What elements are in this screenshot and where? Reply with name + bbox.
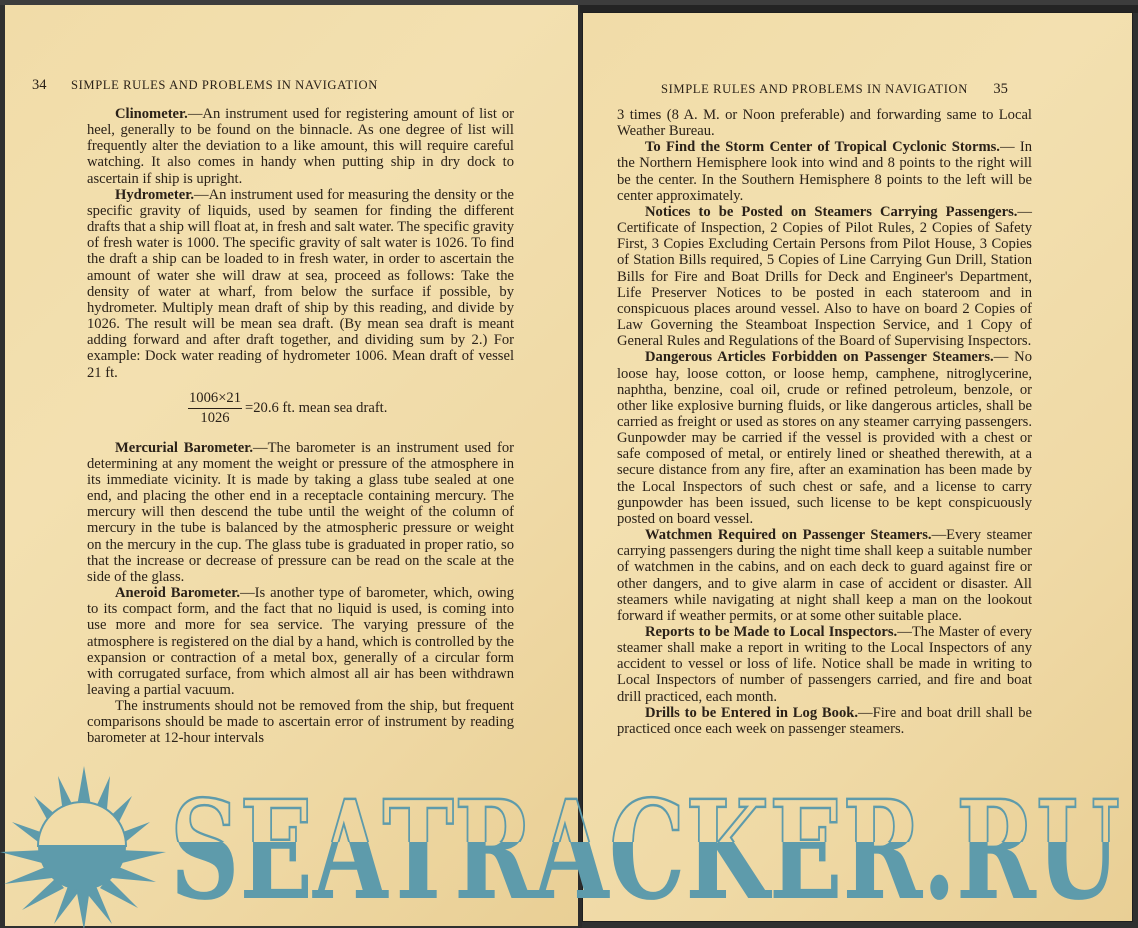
paragraph-hydrometer: Hydrometer.—An instrument used for measu…	[87, 187, 514, 381]
paragraph-body: —Is another type of barometer, which, ow…	[87, 585, 514, 698]
paragraph-heading: Mercurial Barometer.	[115, 440, 253, 456]
paragraph-body: —An instrument used for measuring the de…	[87, 187, 514, 381]
paragraph-watchmen: Watchmen Required on Passenger Steamers.…	[617, 527, 1032, 624]
paragraph-heading: Clinometer.	[115, 106, 188, 122]
running-head-right: SIMPLE RULES AND PROBLEMS IN NAVIGATION …	[661, 81, 1008, 98]
paragraph-heading: Notices to be Posted on Steamers Carryin…	[645, 204, 1017, 220]
paragraph-drills: Drills to be Entered in Log Book.—Fire a…	[617, 705, 1032, 737]
paragraph-body: The instruments should not be removed fr…	[87, 698, 514, 746]
page-34: 34 SIMPLE RULES AND PROBLEMS IN NAVIGATI…	[5, 5, 578, 926]
page-number: 34	[32, 77, 47, 93]
formula-denominator: 1026	[200, 409, 229, 427]
paragraph-continuation: 3 times (8 A. M. or Noon preferable) and…	[617, 107, 1032, 139]
running-head-title: SIMPLE RULES AND PROBLEMS IN NAVIGATION	[661, 82, 968, 96]
paragraph-heading: To Find the Storm Center of Tropical Cyc…	[645, 139, 1000, 155]
paragraph-notices: Notices to be Posted on Steamers Carryin…	[617, 204, 1032, 349]
formula-result: =20.6 ft. mean sea draft.	[245, 400, 387, 416]
paragraph-dangerous-articles: Dangerous Articles Forbidden on Passenge…	[617, 349, 1032, 527]
paragraph-mercurial-barometer: Mercurial Barometer.—The barometer is an…	[87, 440, 514, 585]
paragraph-body: — No loose hay, loose cotton, or loose h…	[617, 349, 1032, 527]
paragraph-heading: Drills to be Entered in Log Book.	[645, 705, 858, 721]
paragraph-body: — Certificate of Inspection, 2 Copies of…	[617, 204, 1032, 349]
paragraph-body: 3 times (8 A. M. or Noon preferable) and…	[617, 107, 1032, 139]
formula-numerator: 1006×21	[188, 390, 242, 409]
paragraph-aneroid-barometer: Aneroid Barometer.—Is another type of ba…	[87, 585, 514, 698]
draft-formula: 1006×21 1026 =20.6 ft. mean sea draft.	[87, 390, 514, 427]
right-text-column: 3 times (8 A. M. or Noon preferable) and…	[617, 107, 1032, 737]
paragraph-heading: Hydrometer.	[115, 187, 194, 203]
paragraph-heading: Watchmen Required on Passenger Steamers.	[645, 527, 932, 543]
formula-fraction: 1006×21 1026	[188, 390, 242, 427]
running-head-left: 34 SIMPLE RULES AND PROBLEMS IN NAVIGATI…	[32, 77, 378, 94]
paragraph-instruments: The instruments should not be removed fr…	[87, 698, 514, 746]
left-text-column: Clinometer.—An instrument used for regis…	[87, 106, 514, 747]
page-35: SIMPLE RULES AND PROBLEMS IN NAVIGATION …	[582, 12, 1133, 922]
paragraph-heading: Reports to be Made to Local Inspectors.	[645, 624, 897, 640]
paragraph-body: —The barometer is an instrument used for…	[87, 440, 514, 585]
paragraph-heading: Aneroid Barometer.	[115, 585, 240, 601]
paragraph-clinometer: Clinometer.—An instrument used for regis…	[87, 106, 514, 187]
paragraph-storm-center: To Find the Storm Center of Tropical Cyc…	[617, 139, 1032, 204]
paragraph-heading: Dangerous Articles Forbidden on Passenge…	[645, 349, 994, 365]
running-head-title: SIMPLE RULES AND PROBLEMS IN NAVIGATION	[71, 78, 378, 92]
page-number: 35	[993, 81, 1008, 97]
paragraph-reports: Reports to be Made to Local Inspectors.—…	[617, 624, 1032, 705]
